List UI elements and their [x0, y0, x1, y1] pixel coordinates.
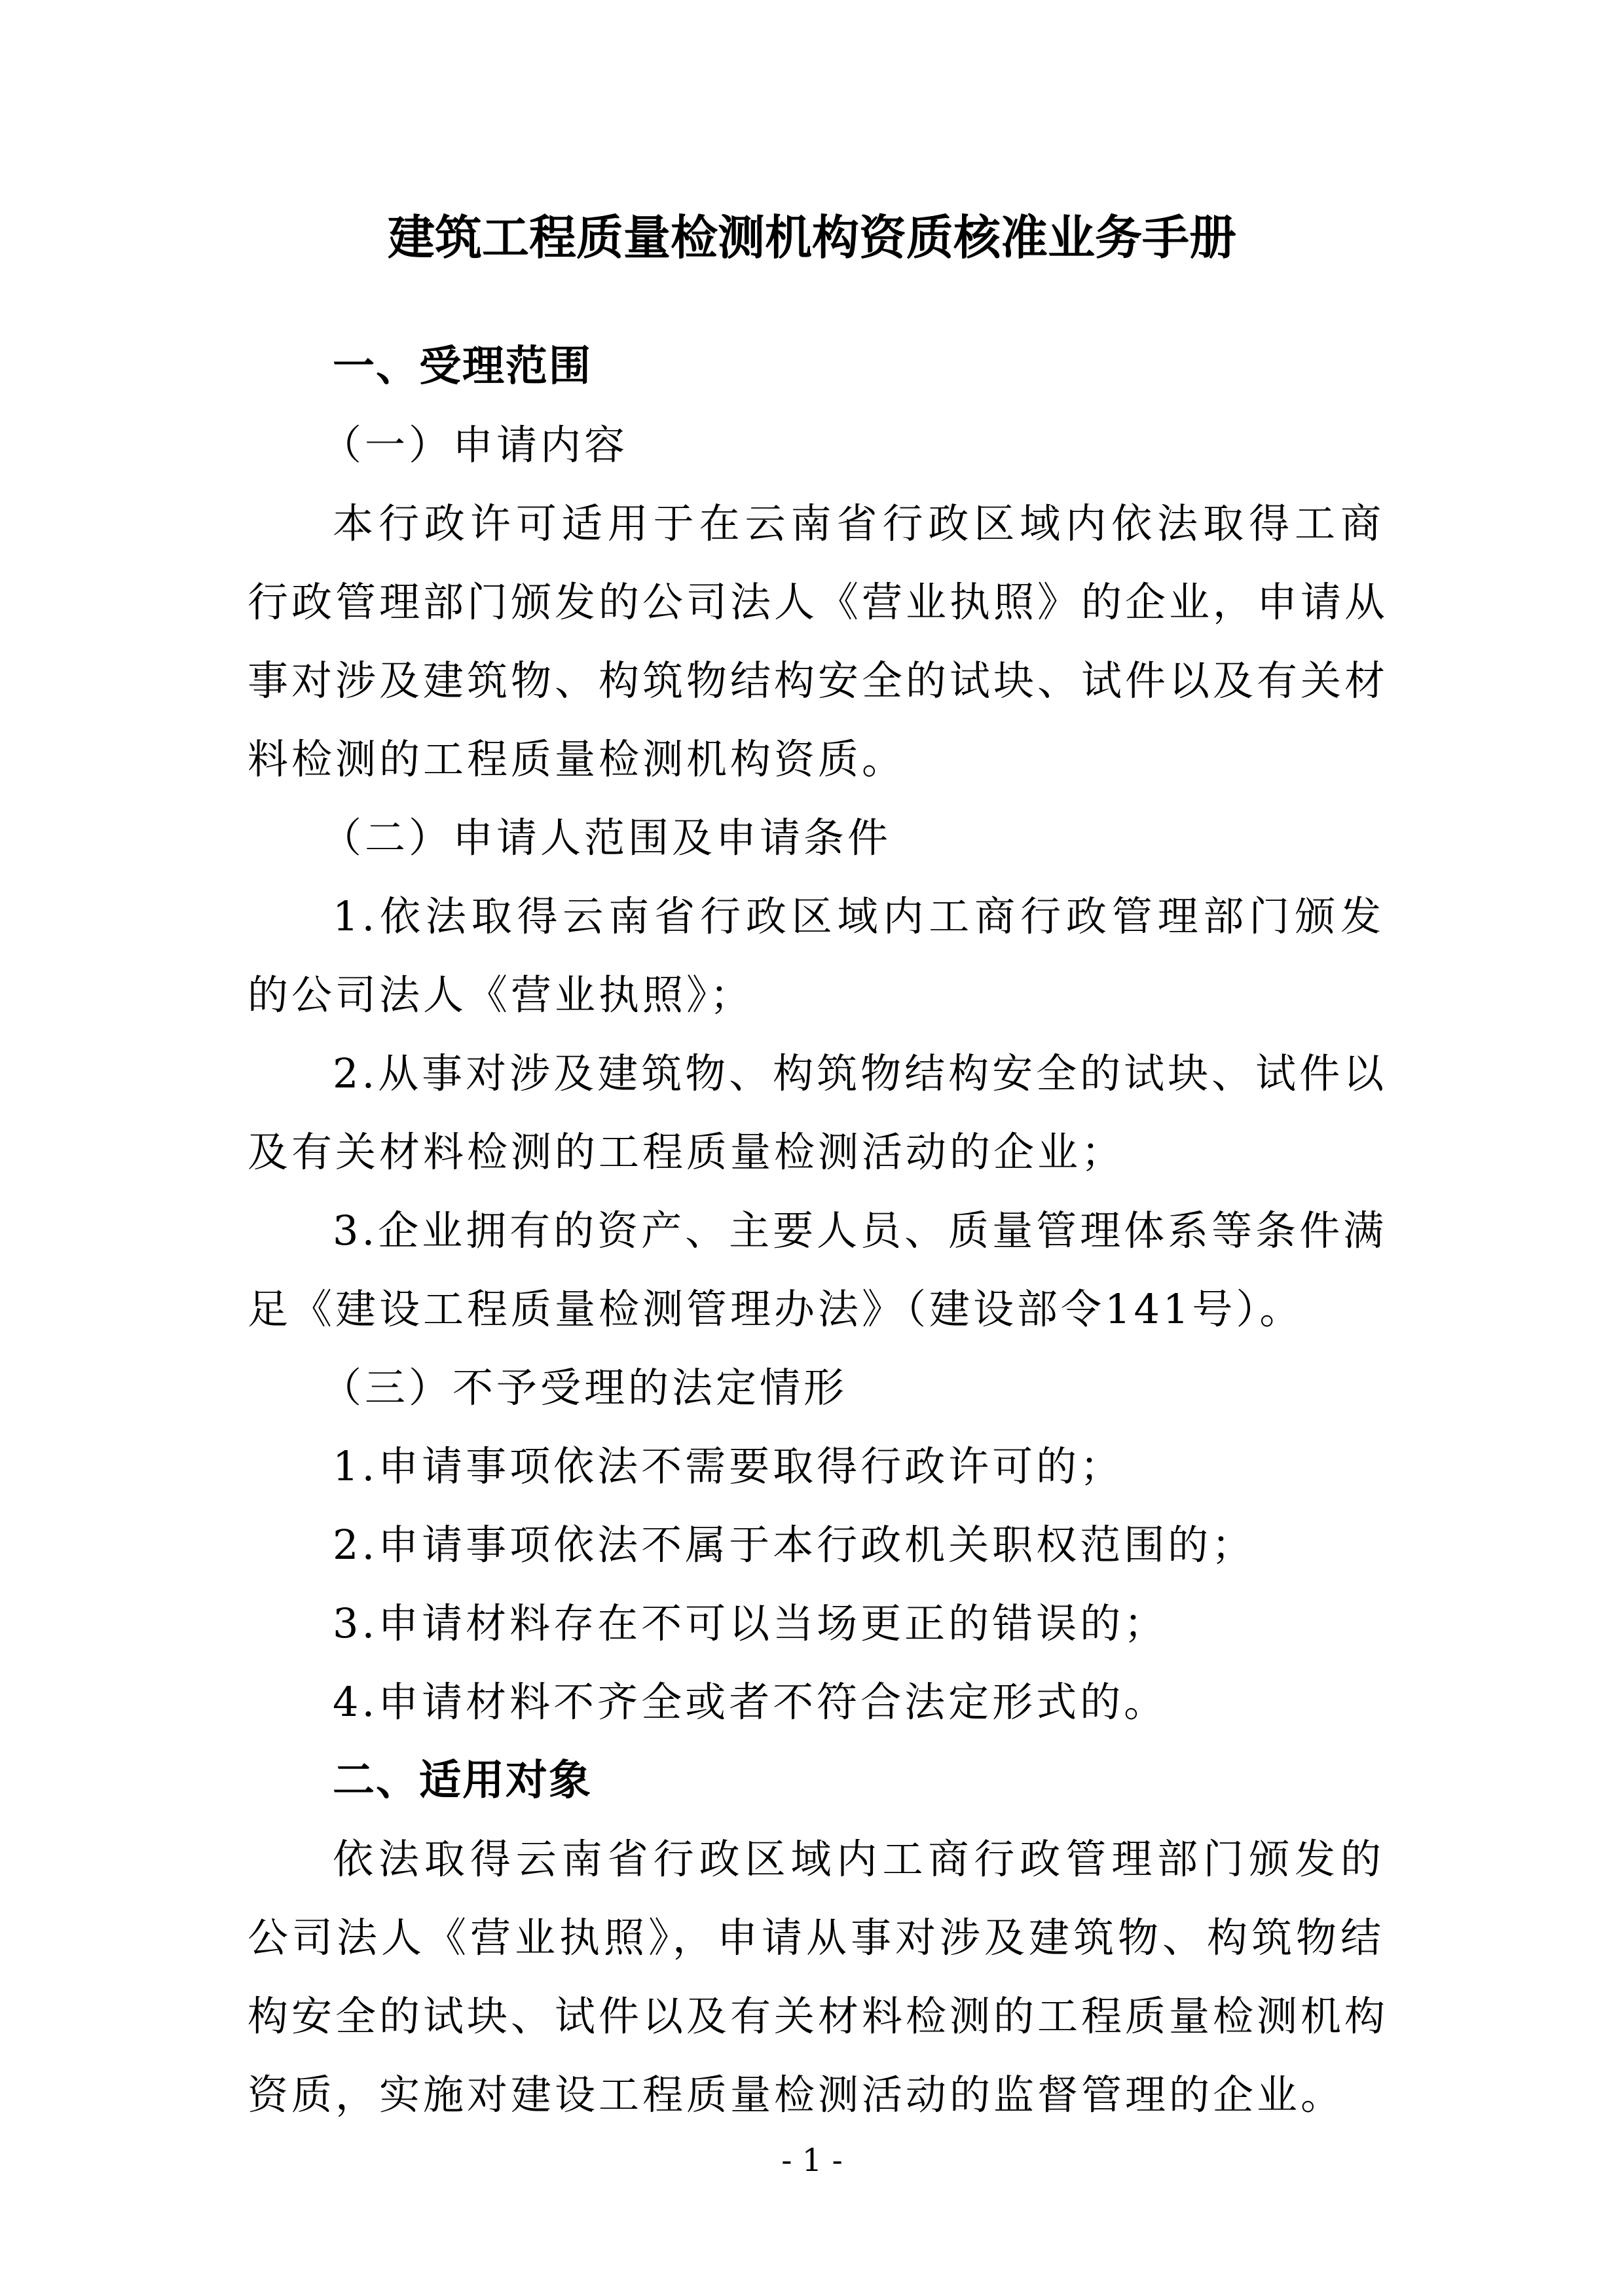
list-item: 4.申请材料不齐全或者不符合法定形式的。 [333, 1676, 1469, 1728]
page-number: - 1 - [0, 2141, 1624, 2180]
paragraph-line: 构安全的试块、试件以及有关材料检测的工程质量检测机构 [248, 1990, 1384, 2043]
subsection-heading-applicant-scope: （二）申请人范围及申请条件 [321, 812, 1458, 864]
document-page: 建筑工程质量检测机构资质核准业务手册 一、受理范围 （一）申请内容 本行政许可适… [0, 0, 1624, 2296]
paragraph-line: 依法取得云南省行政区域内工商行政管理部门颁发的 [333, 1833, 1384, 1886]
section-heading-scope: 一、受理范围 [333, 340, 1469, 393]
list-item-line: 足《建设工程质量检测管理办法》（建设部令141号）。 [248, 1283, 1384, 1336]
list-item: 3.申请材料存在不可以当场更正的错误的； [333, 1597, 1469, 1650]
paragraph-line: 行政管理部门颁发的公司法人《营业执照》的企业，申请从 [248, 576, 1384, 629]
list-item-line: 的公司法人《营业执照》； [248, 969, 1384, 1021]
paragraph-line: 资质，实施对建设工程质量检测活动的监督管理的企业。 [248, 2069, 1384, 2121]
list-item-line: 1.依法取得云南省行政区域内工商行政管理部门颁发 [333, 890, 1384, 943]
paragraph-line: 本行政许可适用于在云南省行政区域内依法取得工商 [333, 498, 1384, 550]
paragraph-line: 公司法人《营业执照》，申请从事对涉及建筑物、构筑物结 [248, 1912, 1384, 1964]
list-item-line: 3.企业拥有的资产、主要人员、质量管理体系等条件满 [333, 1205, 1384, 1257]
list-item: 1.申请事项依法不需要取得行政许可的； [333, 1440, 1469, 1493]
paragraph-line: 料检测的工程质量检测机构资质。 [248, 733, 1384, 786]
list-item-line: 及有关材料检测的工程质量检测活动的企业； [248, 1126, 1384, 1178]
paragraph-line: 事对涉及建筑物、构筑物结构安全的试块、试件以及有关材 [248, 655, 1384, 707]
subsection-heading-application-content: （一）申请内容 [321, 419, 1458, 471]
list-item: 2.申请事项依法不属于本行政机关职权范围的； [333, 1519, 1469, 1571]
section-heading-applicable-objects: 二、适用对象 [333, 1755, 1469, 1807]
subsection-heading-rejection-cases: （三）不予受理的法定情形 [321, 1362, 1458, 1414]
document-title: 建筑工程质量检测机构资质核准业务手册 [0, 208, 1624, 267]
list-item-line: 2.从事对涉及建筑物、构筑物结构安全的试块、试件以 [333, 1048, 1384, 1100]
